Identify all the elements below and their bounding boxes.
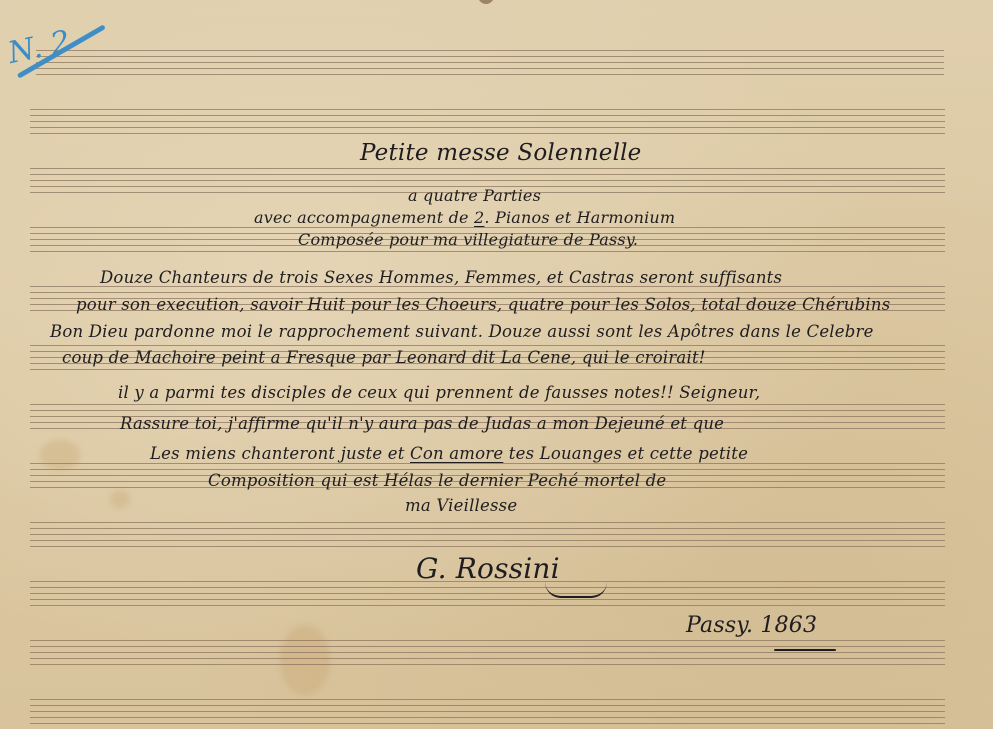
subtitle-instrumentation-number: 2 <box>474 208 484 227</box>
staff-line <box>30 180 945 181</box>
composer-signature: G. Rossini <box>416 552 560 585</box>
staff-line <box>30 717 945 718</box>
subtitle-parts: a quatre Parties <box>408 186 541 205</box>
staff-line <box>30 251 945 252</box>
subtitle-composed-for: Composée pour ma villegiature de Passy. <box>298 230 638 249</box>
text-line: Rassure toi, j'affirme qu'il n'y aura pa… <box>120 414 724 433</box>
text-line: Composition qui est Hélas le dernier Pec… <box>208 471 666 490</box>
staff-line <box>30 646 945 647</box>
staff-line <box>36 68 944 69</box>
staff-line <box>30 469 945 470</box>
subtitle-instrumentation-pre: avec accompagnement de <box>254 208 474 227</box>
date-underline <box>774 649 836 651</box>
staff-line <box>30 711 945 712</box>
text-line: coup de Machoire peint a Fresque par Leo… <box>62 348 706 367</box>
place-and-date: Passy. 1863 <box>686 613 817 638</box>
staff-line <box>30 658 945 659</box>
staff-line <box>30 463 945 464</box>
subtitle-instrumentation-post: . Pianos et Harmonium <box>484 208 675 227</box>
manuscript-page: N. 2 Petite messe Solennelle a quatre Pa… <box>0 0 993 729</box>
staff-line <box>30 369 945 370</box>
staff-line <box>36 56 944 57</box>
staff-line <box>30 640 945 641</box>
staff-line <box>30 127 945 128</box>
water-stain <box>110 490 130 508</box>
con-amore-emphasis: Con amore <box>410 444 503 463</box>
staff-line <box>30 168 945 169</box>
staff-line <box>30 664 945 665</box>
staff-line <box>30 599 945 600</box>
staff-line <box>30 534 945 535</box>
staff-line <box>30 528 945 529</box>
staff-line <box>30 705 945 706</box>
staff-line <box>30 115 945 116</box>
text-line: il y a parmi tes disciples de ceux qui p… <box>118 383 760 402</box>
text-line: pour son execution, savoir Huit pour les… <box>76 295 890 314</box>
staff-line <box>30 652 945 653</box>
signature-flourish <box>545 582 607 598</box>
staff-line <box>30 587 945 588</box>
staff-line <box>36 50 944 51</box>
staff-line <box>36 62 944 63</box>
staff-line <box>30 109 945 110</box>
text-line-head: Les miens chanteront juste et <box>150 444 410 463</box>
staff-line <box>30 540 945 541</box>
staff-line <box>30 546 945 547</box>
staff-line <box>30 410 945 411</box>
staff-line <box>30 699 945 700</box>
music-staff <box>30 699 945 725</box>
staff-line <box>30 292 945 293</box>
text-line: Les miens chanteront juste et Con amore … <box>150 444 748 463</box>
music-staff <box>30 522 945 548</box>
staff-line <box>30 133 945 134</box>
staff-line <box>30 593 945 594</box>
staff-line <box>36 74 944 75</box>
staff-line <box>30 723 945 724</box>
staff-line <box>30 522 945 523</box>
page-title: Petite messe Solennelle <box>360 140 642 166</box>
music-staff <box>30 640 945 666</box>
music-staff <box>30 109 945 135</box>
music-staff <box>36 50 944 76</box>
text-line: ma Vieillesse <box>405 496 517 515</box>
staff-line <box>30 404 945 405</box>
text-line: Bon Dieu pardonne moi le rapprochement s… <box>50 322 874 341</box>
text-line-tail: tes Louanges et cette petite <box>503 444 748 463</box>
staff-line <box>30 121 945 122</box>
staff-line <box>30 605 945 606</box>
subtitle-instrumentation: avec accompagnement de 2. Pianos et Harm… <box>254 208 675 227</box>
staff-line <box>30 345 945 346</box>
staff-line <box>30 174 945 175</box>
staff-line <box>30 227 945 228</box>
binding-pin-mark <box>478 0 494 4</box>
text-line: Douze Chanteurs de trois Sexes Hommes, F… <box>100 268 782 287</box>
